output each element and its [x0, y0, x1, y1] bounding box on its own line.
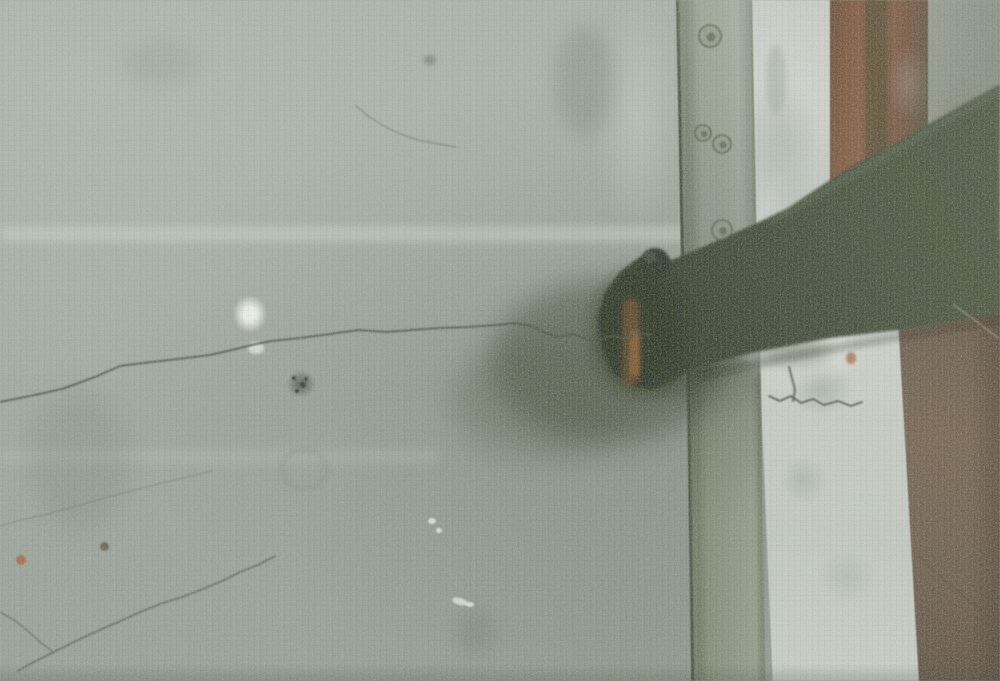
bolt-head	[712, 220, 732, 240]
crack-top-center-hairline-crack	[356, 106, 456, 147]
scanned-photo-cracked-concrete-wall	[0, 0, 1000, 681]
beam-end-dark-core	[595, 270, 685, 390]
crack-lower-crack-branch	[0, 612, 52, 651]
photo-layers	[0, 0, 1000, 681]
anchor-knob-highlight	[644, 251, 656, 263]
bolts-group	[695, 25, 732, 240]
crack-brown-strip-crease	[918, 556, 988, 616]
bolt-head	[695, 125, 711, 141]
bolt-center	[707, 33, 716, 42]
crack-lower-diagonal-crack	[18, 556, 275, 671]
bolt-center	[719, 141, 726, 148]
bolt-center	[719, 227, 727, 235]
crack-pilaster-squiggle-crack	[769, 396, 862, 406]
pilaster-gray-smudge	[766, 45, 786, 115]
rust-streak-bright	[630, 330, 640, 376]
anchor-knob	[640, 248, 670, 278]
pilaster-orange-speck	[846, 352, 856, 364]
crack-faint-mid-left-crack	[0, 471, 212, 526]
bolt-head	[699, 25, 721, 47]
overlay-graphics	[0, 0, 1000, 681]
bolt-head	[713, 135, 731, 153]
bolt-center	[701, 131, 707, 137]
